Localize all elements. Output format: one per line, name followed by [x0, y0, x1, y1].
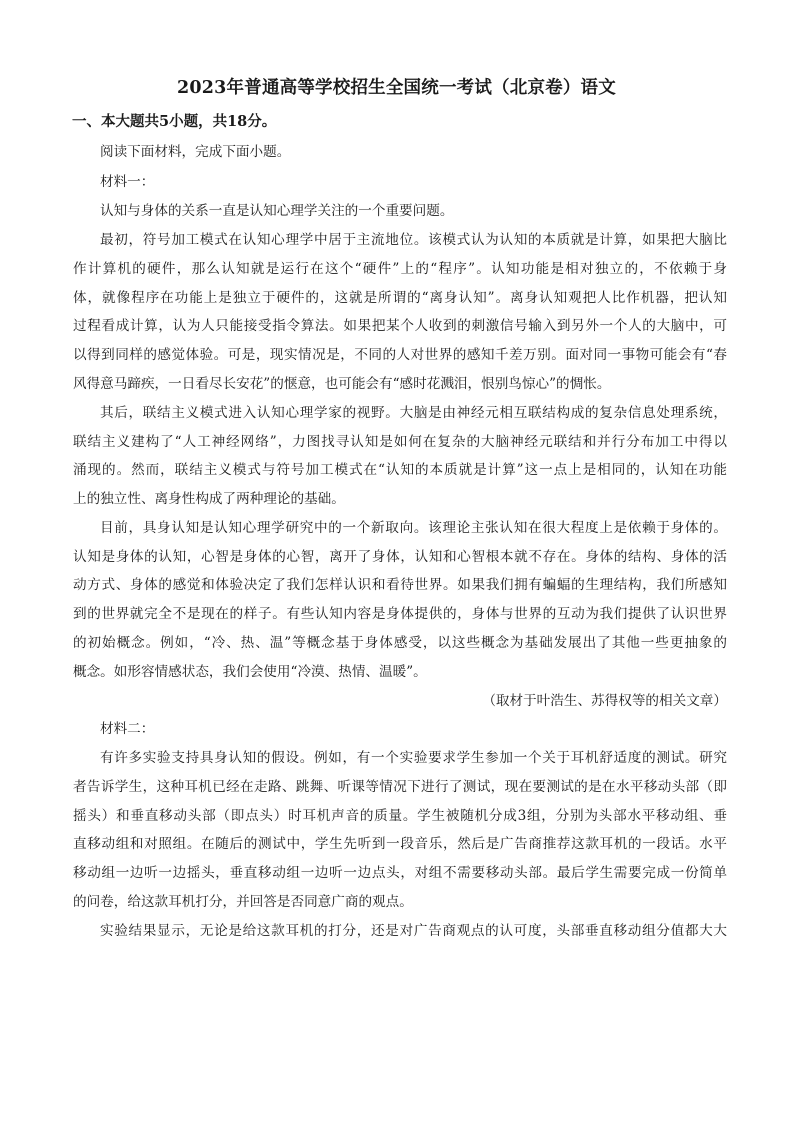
paragraph-line: 风得意马蹄疾，一日看尽长安花”的惬意，也可能会有“感时花溅泪，恨别鸟惊心”的惆怅…	[73, 374, 727, 394]
paragraph-line: 认知与身体的关系一直是认知心理学关注的一个重要问题。	[100, 201, 727, 221]
paragraph-line: 有许多实验支持具身认知的假设。例如，有一个实验要求学生参加一个关于耳机舒适度的测…	[100, 748, 727, 768]
page-title: 2023年普通高等学校招生全国统一考试（北京卷）语文	[0, 74, 793, 99]
paragraph-line: 实验结果显示，无论是给这款耳机的打分，还是对广告商观点的认可度，头部垂直移动组分…	[100, 921, 727, 941]
paragraph-line: 过程看成计算，认为人只能接受指令算法。如果把某个人收到的刺激信号输入到另外一个人…	[73, 316, 727, 336]
instruction-text: 阅读下面材料，完成下面小题。	[100, 142, 727, 162]
paragraph-line: 概念。如形容情感状态，我们会使用“冷漠、热情、温暖”。	[73, 662, 727, 682]
paragraph-line: 涌现的。然而，联结主义模式与符号加工模式在“认知的本质就是计算”这一点上是相同的…	[73, 460, 727, 480]
source-citation: （取材于叶浩生、苏得权等的相关文章）	[73, 691, 727, 711]
paragraph-line: 到的世界就完全不是现在的样子。有些认知内容是身体提供的，身体与世界的互动为我们提…	[73, 604, 727, 624]
paragraph-line: 上的独立性、离身性构成了两种理论的基础。	[73, 489, 727, 509]
paragraph-line: 目前，具身认知是认知心理学研究中的一个新取向。该理论主张认知在很大程度上是依赖于…	[100, 518, 727, 538]
paragraph-line: 作计算机的硬件，那么认知就是运行在这个“硬件”上的“程序”。认知功能是相对独立的…	[73, 259, 727, 279]
paragraph-line: 的初始概念。例如，“冷、热、温”等概念基于身体感受，以这些概念为基础发展出了其他…	[73, 633, 727, 653]
material-two-label: 材料二：	[100, 719, 727, 739]
paragraph-line: 以得到同样的感觉体验。可是，现实情况是，不同的人对世界的感知千差万别。面对同一事…	[73, 345, 727, 365]
paragraph-line: 认知是身体的认知，心智是身体的心智，离开了身体，认知和心智根本就不存在。身体的结…	[73, 547, 727, 567]
paragraph-line: 联结主义建构了“人工神经网络”，力图找寻认知是如何在复杂的大脑神经元联结和并行分…	[73, 432, 727, 452]
paragraph-line: 移动组一边听一边摇头，垂直移动组一边听一边点头，对组不需要移动头部。最后学生需要…	[73, 863, 727, 883]
paragraph-line: 动方式、身体的感觉和体验决定了我们怎样认识和看待世界。如果我们拥有蝙蝠的生理结构…	[73, 575, 727, 595]
paragraph-line: 摇头）和垂直移动头部（即点头）时耳机声音的质量。学生被随机分成3组，分别为头部水…	[73, 806, 727, 826]
section-heading: 一、本大题共5小题，共18分。	[72, 110, 276, 131]
paragraph-line: 最初，符号加工模式在认知心理学中居于主流地位。该模式认为认知的本质就是计算，如果…	[100, 230, 727, 250]
material-one-label: 材料一：	[100, 172, 727, 192]
exam-page: 2023年普通高等学校招生全国统一考试（北京卷）语文 一、本大题共5小题，共18…	[0, 0, 793, 1122]
paragraph-line: 的问卷，给这款耳机打分，并回答是否同意广商的观点。	[73, 892, 727, 912]
paragraph-line: 体，就像程序在功能上是独立于硬件的，这就是所谓的“离身认知”。离身认知观把人比作…	[73, 288, 727, 308]
paragraph-line: 者告诉学生，这种耳机已经在走路、跳舞、听课等情况下进行了测试，现在要测试的是在水…	[73, 777, 727, 797]
paragraph-line: 直移动组和对照组。在随后的测试中，学生先听到一段音乐，然后是广告商推荐这款耳机的…	[73, 834, 727, 854]
paragraph-line: 其后，联结主义模式进入认知心理学家的视野。大脑是由神经元相互联结构成的复杂信息处…	[100, 403, 727, 423]
